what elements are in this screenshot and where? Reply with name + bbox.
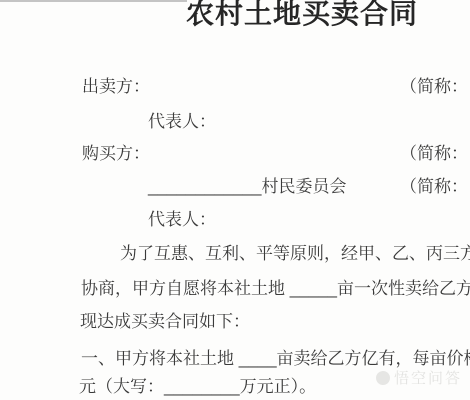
wukong-logo-icon bbox=[376, 371, 390, 385]
document-title: 农村土地买卖合同 bbox=[186, 0, 418, 31]
clause-1-line-2: 元（大写：________万元正）。 bbox=[79, 376, 316, 398]
buyer-abbrev-label: （简称： bbox=[400, 143, 468, 165]
committee-abbrev-label: （简称： bbox=[400, 176, 468, 198]
watermark-text: 悟空问答 bbox=[394, 367, 462, 388]
buyer-representative-label: 代表人： bbox=[148, 209, 216, 231]
seller-representative-label: 代表人： bbox=[148, 111, 216, 133]
preamble-line-1: 为了互惠、互利、平等原则，经甲、乙、丙三方 bbox=[120, 243, 470, 265]
buyer-label: 购买方： bbox=[82, 143, 150, 165]
seller-abbrev-label: （简称： bbox=[400, 76, 468, 98]
preamble-line-2: 协商，甲方自愿将本社土地 _____亩一次性卖给乙方， bbox=[81, 278, 470, 300]
seller-label: 出卖方： bbox=[82, 76, 150, 98]
village-committee-blank-line: ____________村民委员会 bbox=[148, 176, 346, 198]
preamble-line-3: 现达成买卖合同如下： bbox=[80, 311, 250, 333]
contract-document-page: 农村土地买卖合同 出卖方： （简称： 代表人： 购买方： （简称： ______… bbox=[0, 0, 470, 400]
watermark: 悟空问答 bbox=[376, 367, 462, 388]
page-edge-line bbox=[0, 0, 187, 2]
